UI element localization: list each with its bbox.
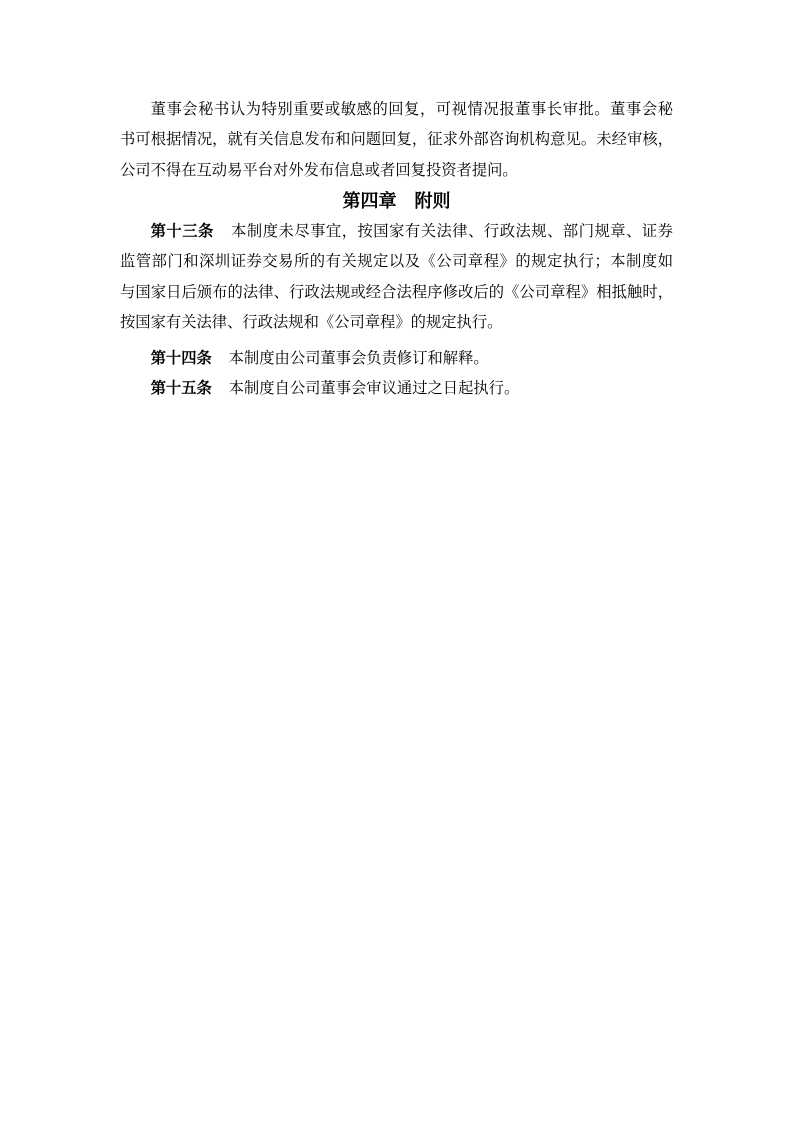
text-line: 董事会秘书认为特别重要或敏感的回复，可视情况报董事长审批。董事会秘 [120,95,673,125]
text-line: 与国家日后颁布的法律、行政法规或经合法程序修改后的《公司章程》相抵触时， [120,278,673,308]
text-line: 监管部门和深圳证券交易所的有关规定以及《公司章程》的规定执行；本制度如 [120,247,673,277]
article-13-number: 第十三条 [151,223,214,240]
text-line: 第十四条本制度由公司董事会负责修订和解释。 [120,344,673,374]
article-14-text: 本制度由公司董事会负责修订和解释。 [229,350,489,367]
intro-paragraph: 董事会秘书认为特别重要或敏感的回复，可视情况报董事长审批。董事会秘 书可根据情况… [120,95,673,186]
article-13-text: 本制度未尽事宜，按国家有关法律、行政法规、部门规章、证券 [231,223,673,240]
chapter-heading: 第四章 附则 [120,186,673,216]
article-15-text: 本制度自公司董事会审议通过之日起执行。 [229,380,520,397]
text-line: 书可根据情况，就有关信息发布和问题回复，征求外部咨询机构意见。未经审核， [120,125,673,155]
article-14: 第十四条本制度由公司董事会负责修订和解释。 [120,344,673,374]
document-page: 董事会秘书认为特别重要或敏感的回复，可视情况报董事长审批。董事会秘 书可根据情况… [0,0,794,1122]
text-line: 按国家有关法律、行政法规和《公司章程》的规定执行。 [120,308,673,338]
article-15: 第十五条本制度自公司董事会审议通过之日起执行。 [120,374,673,404]
text-line: 公司不得在互动易平台对外发布信息或者回复投资者提问。 [120,156,673,186]
document-body: 董事会秘书认为特别重要或敏感的回复，可视情况报董事长审批。董事会秘 书可根据情况… [120,95,673,404]
text-line: 第十五条本制度自公司董事会审议通过之日起执行。 [120,374,673,404]
text-line: 第十三条本制度未尽事宜，按国家有关法律、行政法规、部门规章、证券 [120,217,673,247]
article-14-number: 第十四条 [151,350,212,367]
article-13: 第十三条本制度未尽事宜，按国家有关法律、行政法规、部门规章、证券 监管部门和深圳… [120,217,673,339]
article-15-number: 第十五条 [151,380,212,397]
